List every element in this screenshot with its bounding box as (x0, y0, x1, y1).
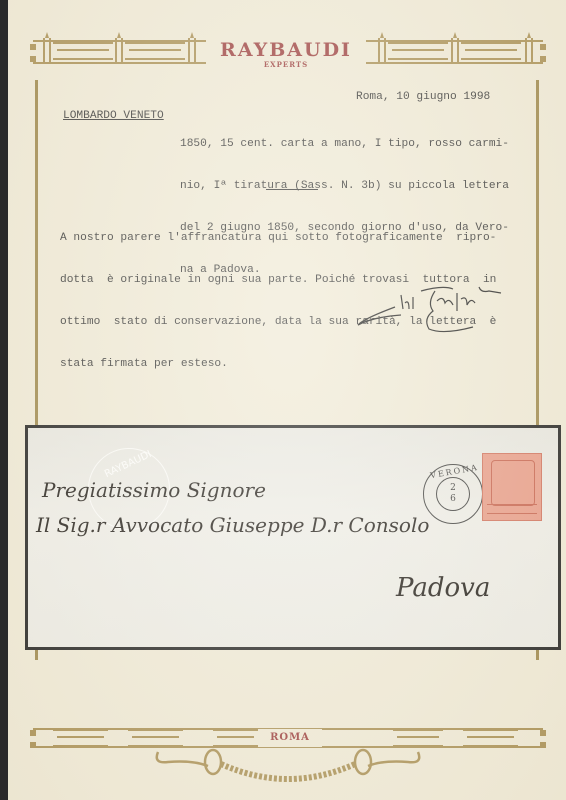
brand-logo: RAYBAUDI EXPERTS (206, 38, 366, 70)
opinion-line: A nostro parere l'affrancatura qui sotto… (60, 231, 530, 245)
postmark-month: 6 (437, 494, 469, 505)
postmark-cancel: VERONA 2 6 (423, 464, 483, 524)
description-line: nio, Iª tiratura (Sass. N. 3b) su piccol… (180, 179, 528, 193)
cover-photo: RAYBAUDI Pregiatissimo Signore Il Sig.r … (25, 425, 561, 650)
brand-name: RAYBAUDI (206, 40, 366, 60)
postage-stamp (482, 453, 542, 521)
certificate-page: RAYBAUDI EXPERTS Roma, 10 giugno 1998 LO… (8, 0, 566, 800)
brand-subtitle: EXPERTS (206, 60, 366, 69)
certificate-date: Roma, 10 giugno 1998 (356, 90, 490, 104)
separator-rule (266, 189, 318, 190)
subject-label: LOMBARDO VENETO (63, 109, 164, 123)
address-line-recipient: Il Sig.r Avvocato Giuseppe D.r Consolo (36, 513, 429, 537)
expert-signature (353, 277, 513, 337)
address-line-city: Padova (396, 573, 490, 603)
garland-ornament (153, 744, 423, 784)
address-line-salutation: Pregiatissimo Signore (42, 478, 266, 502)
postmark-day: 2 (437, 483, 469, 494)
description-line: 1850, 15 cent. carta a mano, I tipo, ros… (180, 137, 528, 151)
opinion-line: stata firmata per esteso. (60, 357, 530, 371)
